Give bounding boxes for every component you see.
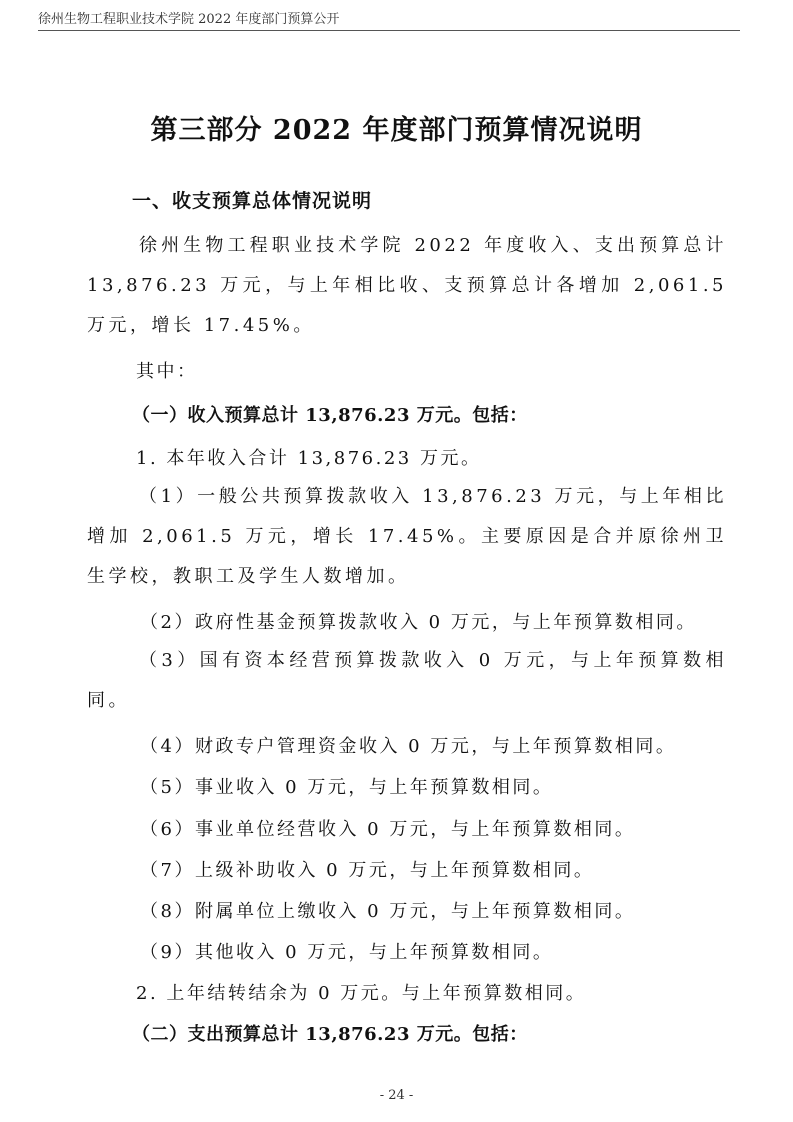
page-title: 第三部分 2022 年度部门预算情况说明 (0, 108, 793, 147)
income-item-7: （7）上级补助收入 0 万元，与上年预算数相同。 (140, 856, 594, 882)
among-label: 其中： (136, 357, 198, 383)
current-year-income-total: 1. 本年收入合计 13,876.23 万元。 (136, 444, 481, 470)
income-item-3: （3）国有资本经营预算拨款收入 0 万元，与上年预算数相同。 (87, 641, 727, 721)
income-heading: （一）收入预算总计 13,876.23 万元。包括： (132, 401, 528, 427)
running-header: 徐州生物工程职业技术学院 2022 年度部门预算公开 (38, 8, 741, 32)
income-item-1: （1）一般公共预算拨款收入 13,876.23 万元，与上年相比增加 2,061… (87, 477, 727, 597)
income-item-8: （8）附属单位上缴收入 0 万元，与上年预算数相同。 (140, 897, 635, 923)
summary-paragraph: 徐州生物工程职业技术学院 2022 年度收入、支出预算总计 13,876.23 … (87, 226, 727, 346)
income-item-9: （9）其他收入 0 万元，与上年预算数相同。 (140, 938, 553, 964)
section-heading: 一、收支预算总体情况说明 (132, 186, 372, 213)
income-item-6: （6）事业单位经营收入 0 万元，与上年预算数相同。 (140, 815, 635, 841)
income-item-2: （2）政府性基金预算拨款收入 0 万元，与上年预算数相同。 (140, 608, 697, 634)
expenditure-heading: （二）支出预算总计 13,876.23 万元。包括： (132, 1020, 528, 1046)
prior-year-carryover: 2. 上年结转结余为 0 万元。与上年预算数相同。 (136, 979, 586, 1005)
income-item-5: （5）事业收入 0 万元，与上年预算数相同。 (140, 773, 553, 799)
income-item-4: （4）财政专户管理资金收入 0 万元，与上年预算数相同。 (140, 732, 676, 758)
header-divider (38, 30, 740, 31)
page-number: - 24 - (0, 1088, 793, 1103)
